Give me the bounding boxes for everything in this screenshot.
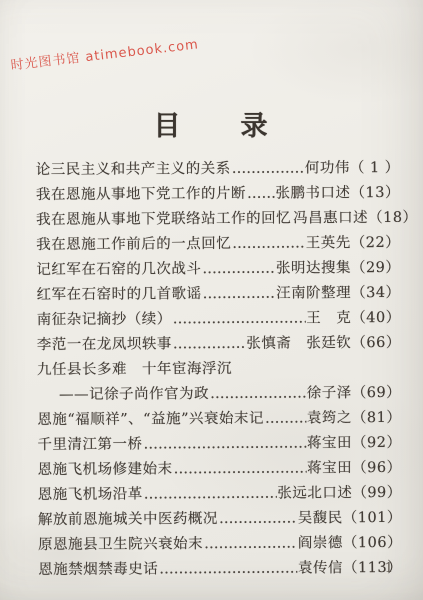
toc-entry-author-page: 王 克（40）	[306, 306, 401, 328]
toc-entry-title: 恩施飞机场修建始末	[38, 457, 173, 479]
toc-entry: 恩施飞机场沿革 张远北口述（99）	[38, 481, 402, 508]
toc-entry: 解放前恩施城关中医药概况 吴馥民（101）	[38, 506, 402, 533]
toc-entry: 论三民主义和共产主义的关系 何功伟（ 1 ）	[36, 156, 400, 183]
toc-entry: 李范一在龙凤坝轶事 张慎斋 张廷钦（66）	[37, 331, 401, 358]
dot-leader	[265, 410, 306, 426]
toc-entry-author-page: 张慎斋 张廷钦（66）	[246, 331, 401, 353]
dot-leader	[202, 261, 275, 277]
dot-leader	[174, 460, 307, 477]
toc-entry: 南征杂记摘抄（续） 王 克（40）	[37, 306, 401, 333]
dot-leader	[219, 511, 297, 527]
toc-entry-author-page: 王英先（22）	[306, 231, 401, 253]
dot-leader	[247, 186, 275, 202]
toc-entry-author-page: 阎崇德（106）	[298, 531, 402, 553]
toc-entry: 我在恩施工作前后的一点回忆 王英先（22）	[36, 231, 400, 258]
toc-entry-title: 千里清江第一桥	[37, 432, 142, 454]
toc-entry: 记红军在石窑的几次战斗 张明达搜集（29）	[36, 256, 400, 283]
page-title: 目 录	[0, 104, 423, 143]
dot-leader	[204, 536, 297, 553]
toc-entry-title: 我在恩施从事地下党联络站工作的回忆	[36, 207, 291, 230]
toc-entry-author-page: 吴馥民（101）	[298, 506, 402, 528]
toc-entry: 恩施“福顺祥”、“益施”兴衰始末记 袁筠之（81）	[37, 406, 401, 433]
toc-entry-author-page: 张远北口述（99）	[277, 481, 402, 503]
toc-entry-author-page: 蒋宝田（96）	[307, 456, 402, 478]
toc-entry: 恩施禁烟禁毒史话 袁传信（113）	[38, 556, 402, 583]
toc-entry: 红军在石窑时的几首歌谣 汪南阶整理（34）	[36, 281, 400, 308]
toc-entry-author-page: 袁筠之（81）	[307, 406, 402, 428]
toc-entry: 恩施飞机场修建始末 蒋宝田（96）	[38, 456, 402, 483]
toc-entry-title: 南征杂记摘抄（续）	[37, 307, 172, 329]
toc-entry-author-page: 何功伟（ 1 ）	[305, 156, 400, 178]
toc-entry-author-page: 蒋宝田（92）	[307, 431, 402, 453]
toc-entry-author-page: 冯昌惠口述（18）	[293, 206, 418, 228]
toc-entry: 九任县长多难 十年宦海浮沉	[37, 356, 401, 383]
toc-entry-author-page: 张明达搜集（29）	[276, 256, 401, 278]
toc-list: 论三民主义和共产主义的关系 何功伟（ 1 ） 我在恩施从事地下党工作的片断 张鹏…	[36, 156, 403, 583]
toc-entry-title: 九任县长多难 十年宦海浮沉	[37, 357, 232, 379]
toc-entry-title: 记红军在石窑的几次战斗	[36, 257, 201, 279]
toc-entry-title: 恩施“福顺祥”、“益施”兴衰始末记	[37, 407, 264, 429]
toc-entry: 我在恩施从事地下党联络站工作的回忆 冯昌惠口述（18）	[36, 206, 400, 233]
dot-leader	[202, 286, 275, 302]
dot-leader	[173, 310, 306, 327]
toc-entry-author-page: 汪南阶整理（34）	[276, 281, 401, 303]
toc-entry: 原恩施县卫生院兴衰始末 阎崇德（106）	[38, 531, 402, 558]
toc-entry-author-page: 张鹏书口述（13）	[275, 181, 400, 203]
dot-leader	[159, 561, 297, 578]
scanned-page: 时光图书馆 atimebook.com 目 录 论三民主义和共产主义的关系 何功…	[0, 0, 423, 600]
toc-entry-title: 解放前恩施城关中医药概况	[38, 507, 218, 529]
toc-entry-title: 论三民主义和共产主义的关系	[36, 157, 231, 179]
toc-entry-title: 原恩施县卫生院兴衰始末	[38, 532, 203, 554]
dot-leader	[143, 435, 306, 452]
folio-page-number: 1	[385, 561, 393, 576]
toc-entry: ——记徐子尚作官为政 徐子泽（69）	[37, 381, 401, 408]
toc-entry-title: ——记徐子尚作官为政	[37, 382, 209, 404]
library-watermark: 时光图书馆 atimebook.com	[10, 33, 200, 73]
toc-entry-title: 恩施禁烟禁毒史话	[38, 557, 158, 579]
toc-entry: 千里清江第一桥 蒋宝田（92）	[37, 431, 401, 458]
toc-entry: 我在恩施从事地下党工作的片断 张鹏书口述（13）	[36, 181, 400, 208]
toc-entry-title: 李范一在龙凤坝轶事	[37, 332, 172, 354]
toc-entry-title: 红军在石窑时的几首歌谣	[36, 282, 201, 304]
dot-leader	[173, 336, 246, 352]
toc-entry-author-page: 徐子泽（69）	[307, 381, 402, 403]
dot-leader	[144, 486, 277, 503]
toc-entry-title: 恩施飞机场沿革	[38, 482, 143, 504]
toc-entry-title: 我在恩施工作前后的一点回忆	[36, 232, 231, 254]
dot-leader	[210, 385, 306, 402]
toc-entry-title: 我在恩施从事地下党工作的片断	[36, 182, 246, 204]
dot-leader	[232, 235, 305, 251]
dot-leader	[232, 160, 304, 176]
